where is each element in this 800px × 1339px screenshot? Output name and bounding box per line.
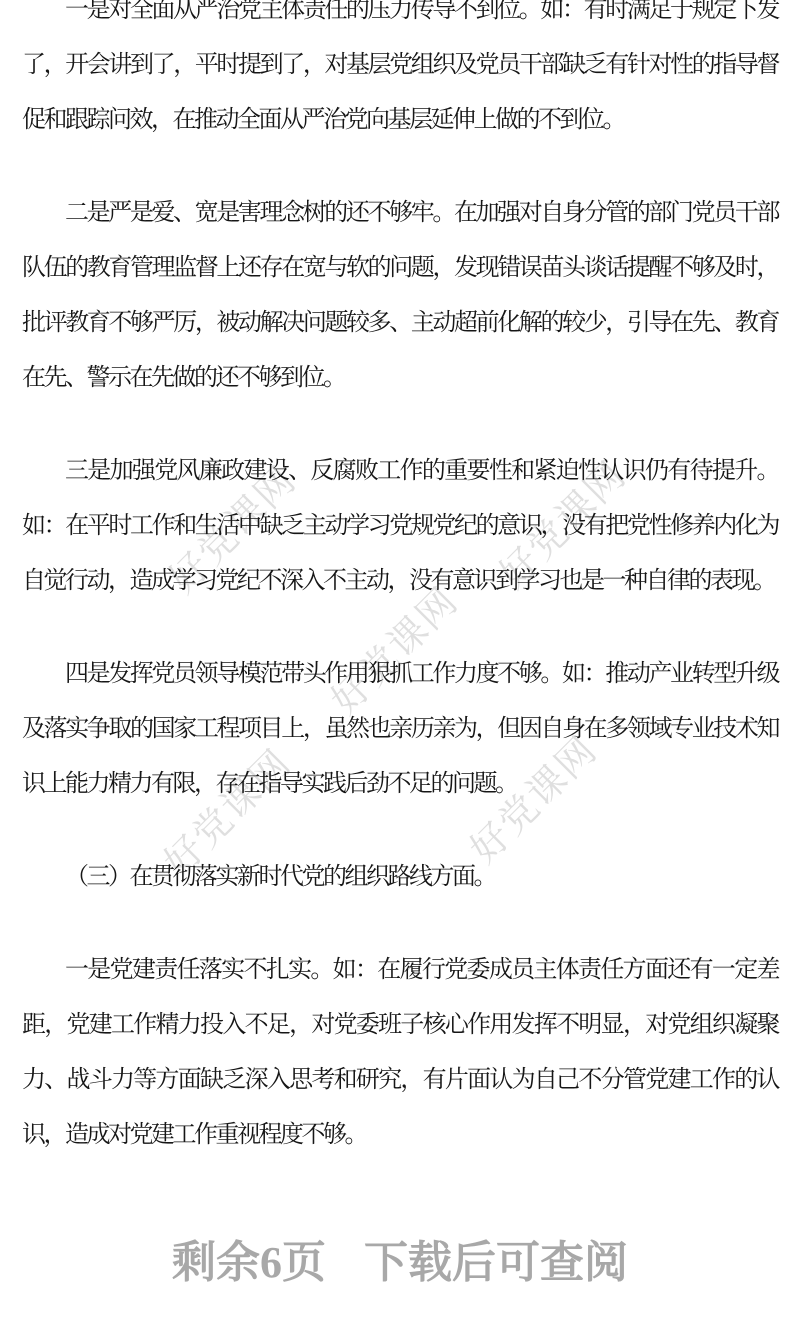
remaining-pages-label: 剩余6页 — [172, 1235, 326, 1291]
document-page: 好党课网 好党课网 好党课网 好党课网 好党课网 一是对全面从严治党主体责任的压… — [0, 0, 800, 1339]
paragraph-point-2: 二是严是爱、宽是害理念树的还不够牢。在加强对自身分管的部门党员干部队伍的教育管理… — [22, 185, 778, 405]
paragraph-point-3: 三是加强党风廉政建设、反腐败工作的重要性和紧迫性认识仍有待提升。如：在平时工作和… — [22, 443, 778, 608]
section-heading: （三）在贯彻落实新时代党的组织路线方面。 — [22, 849, 778, 904]
remaining-pages-notice: 剩余6页 下载后可查阅 — [22, 1235, 778, 1291]
document-content: 一是对全面从严治党主体责任的压力传导不到位。如：有时满足于规定下发了，开会讲到了… — [0, 0, 800, 1291]
paragraph-point-4: 四是发挥党员领导模范带头作用狠抓工作力度不够。如：推动产业转型升级及落实争取的国… — [22, 646, 778, 811]
paragraph-point-5: 一是党建责任落实不扎实。如：在履行党委成员主体责任方面还有一定差距，党建工作精力… — [22, 942, 778, 1162]
paragraph-point-1: 一是对全面从严治党主体责任的压力传导不到位。如：有时满足于规定下发了，开会讲到了… — [22, 0, 778, 147]
download-hint-label: 下载后可查阅 — [364, 1235, 628, 1291]
